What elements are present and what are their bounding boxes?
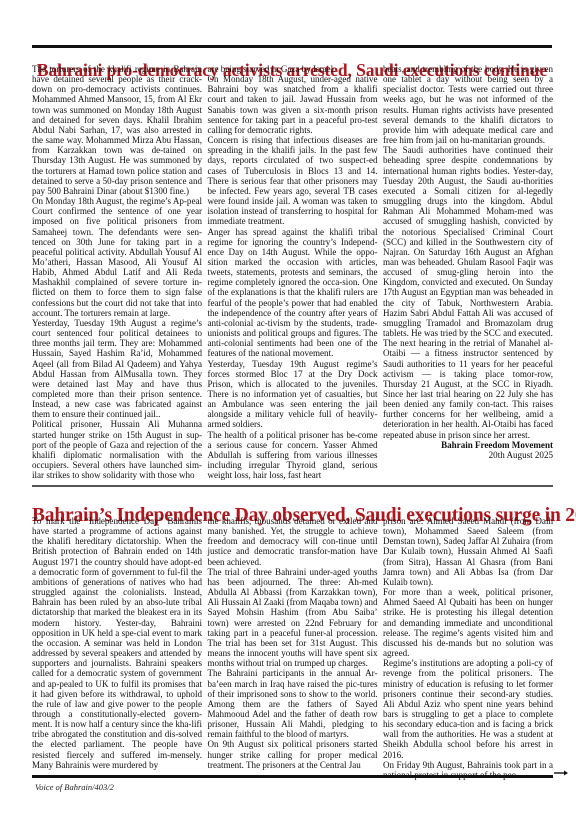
paragraph: Yesterday, Tuesday 19th August a regime’…: [32, 318, 202, 420]
article1-column-3: beats, and trembling of the body. He is …: [383, 64, 553, 484]
paragraph: The trial of three Bahraini under-aged y…: [208, 567, 378, 669]
paragraph: Yesterday, Tuesday 19th August regime’s …: [208, 359, 378, 430]
paragraph: On 9th August six political prisoners st…: [208, 739, 378, 769]
paragraph: Regime’s institutions are adopting a pol…: [383, 658, 553, 760]
paragraph: The next hearing in the retrial of Manah…: [383, 338, 553, 440]
paragraph: are being starved in Gaza by Israel.: [208, 64, 378, 74]
paragraph: For more than a week, political prisoner…: [383, 587, 553, 658]
signature-date: 20th August 2025: [383, 450, 553, 460]
article2-column-2: the khalifis, thousands detained or exil…: [208, 516, 378, 772]
article1-column-2: are being starved in Gaza by Israel. On …: [208, 64, 378, 484]
paragraph: Concern is rising that infectious diseas…: [208, 135, 378, 226]
paragraph: To mark the “Independence Day” Bahrainis…: [32, 516, 202, 770]
paragraph: On Monday 18th August, the regime’s Ap-p…: [32, 196, 202, 318]
paragraph: beats, and trembling of the body. He is …: [383, 64, 553, 145]
paragraph: On Monday 18th August, under-aged native…: [208, 74, 378, 135]
paragraph: The Saudi authorities have continued the…: [383, 145, 553, 338]
paragraph: The health of a political prisoner has b…: [208, 430, 378, 481]
arrow-right-icon: [554, 766, 568, 776]
bottom-rule: [32, 775, 553, 778]
article2-body: To mark the “Independence Day” Bahrainis…: [32, 516, 553, 772]
article1-column-1: The torturers of the khalifi regime in B…: [32, 64, 202, 484]
article2-column-3: prison are: Ahmed Saeed Mahdi (from Daih…: [383, 516, 553, 772]
paragraph: the khalifis, thousands detained or exil…: [208, 516, 378, 567]
signature-name: Bahrain Freedom Movement: [383, 440, 553, 450]
paragraph: The torturers of the khalifi regime in B…: [32, 64, 202, 196]
top-rule: [32, 45, 552, 48]
paragraph: prison are: Ahmed Saeed Mahdi (from Daih…: [383, 516, 553, 587]
article-divider: [32, 485, 553, 487]
article2-column-1: To mark the “Independence Day” Bahrainis…: [32, 516, 202, 772]
article1-body: The torturers of the khalifi regime in B…: [32, 64, 553, 484]
paragraph: The Bahraini participants in the annual …: [208, 668, 378, 739]
paragraph: Anger has spread against the khalifi tri…: [208, 227, 378, 359]
paragraph: Political prisoner, Hussain Ali Muhanna …: [32, 419, 202, 480]
page-label: Voice of Bahrain/403/2: [35, 782, 114, 792]
